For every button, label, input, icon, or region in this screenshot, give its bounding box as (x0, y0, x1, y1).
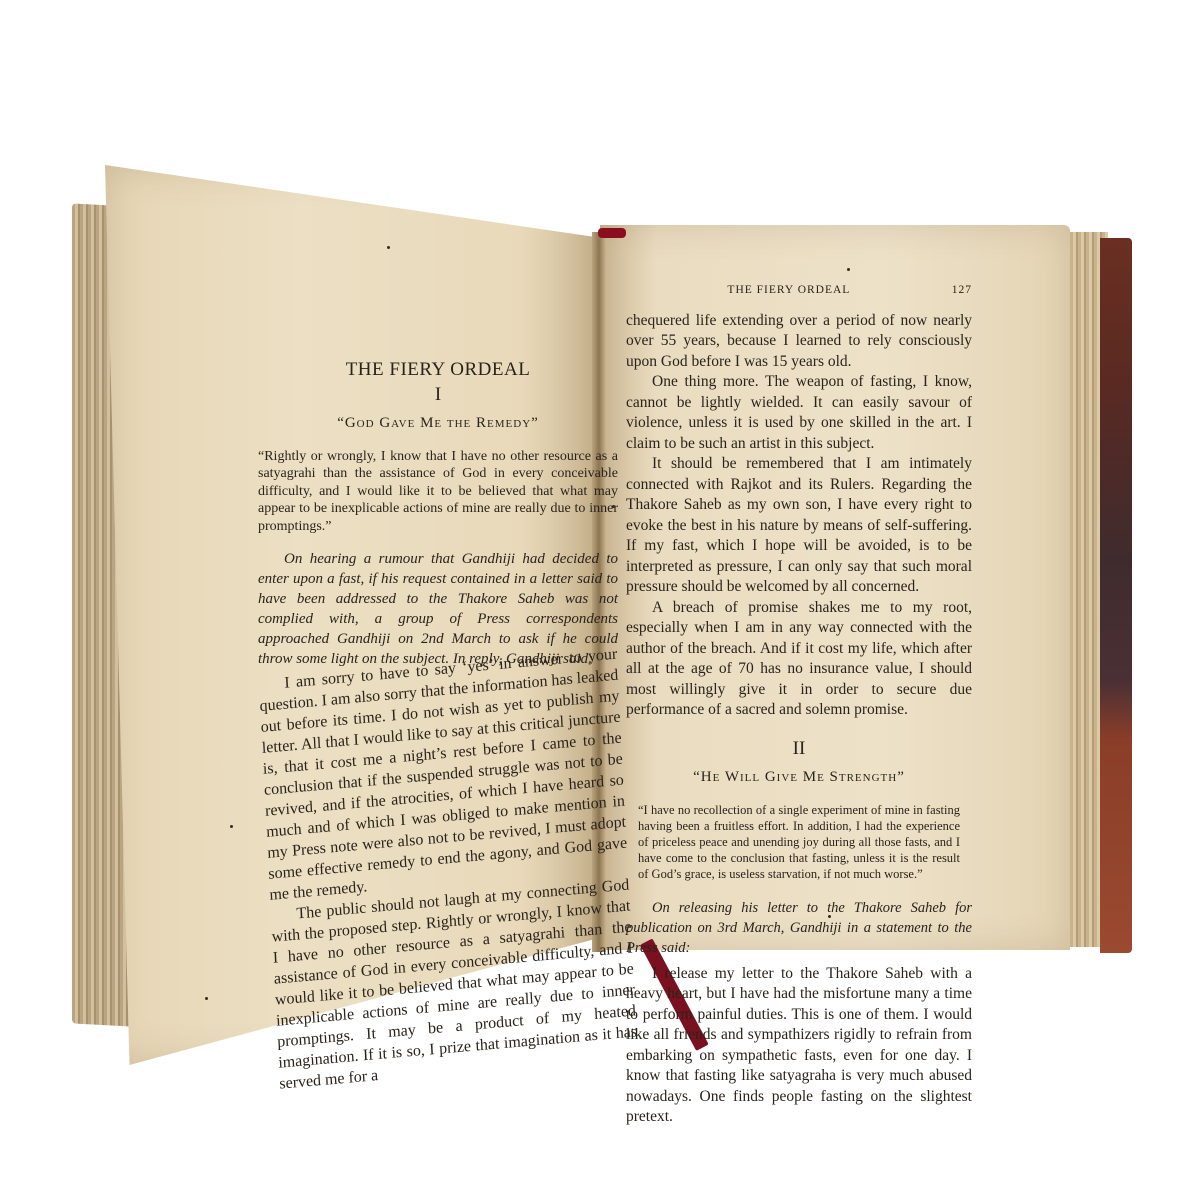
running-head: THE FIERY ORDEAL 127 (626, 280, 972, 301)
section-numeral: II (626, 739, 972, 760)
leather-cover (1100, 238, 1132, 953)
running-head-title: THE FIERY ORDEAL (626, 280, 952, 301)
chapter-title: THE FIERY ORDEAL (258, 360, 618, 381)
paragraph: I release my letter to the Thakore Saheb… (626, 964, 972, 1128)
paragraph: I am sorry to have to say ‘yes’ in answe… (258, 644, 629, 906)
paragraph: The public should not laugh at my connec… (270, 874, 639, 1094)
paragraph: One thing more. The weapon of fasting, I… (626, 372, 972, 454)
paragraph: chequered life extending over a period o… (626, 311, 972, 373)
epigraph: “Rightly or wrongly, I know that I have … (258, 448, 618, 536)
foxing-spot (828, 915, 831, 918)
paragraph: A breach of promise shakes me to my root… (626, 598, 972, 721)
section-numeral: I (258, 385, 618, 406)
section-title: “God Gave Me the Remedy” (258, 413, 618, 434)
page-number: 127 (952, 280, 972, 301)
foxing-spot (612, 505, 615, 508)
foxing-spot (230, 825, 233, 828)
foxing-spot (205, 997, 208, 1000)
left-page-text: THE FIERY ORDEAL I “God Gave Me the Reme… (258, 360, 618, 1095)
foxing-spot (847, 268, 850, 271)
paragraph: It should be remembered that I am intima… (626, 454, 972, 598)
right-page-text: THE FIERY ORDEAL 127 chequered life exte… (626, 280, 972, 1128)
intro-italic: On releasing his letter to the Thakore S… (626, 898, 972, 958)
left-body: I am sorry to have to say ‘yes’ in answe… (258, 644, 639, 1095)
foxing-spot (387, 246, 390, 249)
open-book-photo: THE FIERY ORDEAL I “God Gave Me the Reme… (0, 0, 1200, 1200)
section-title: “He Will Give Me Strength” (626, 767, 972, 788)
ribbon-bookmark-top (598, 228, 626, 238)
epigraph: “I have no recollection of a single expe… (638, 802, 960, 882)
